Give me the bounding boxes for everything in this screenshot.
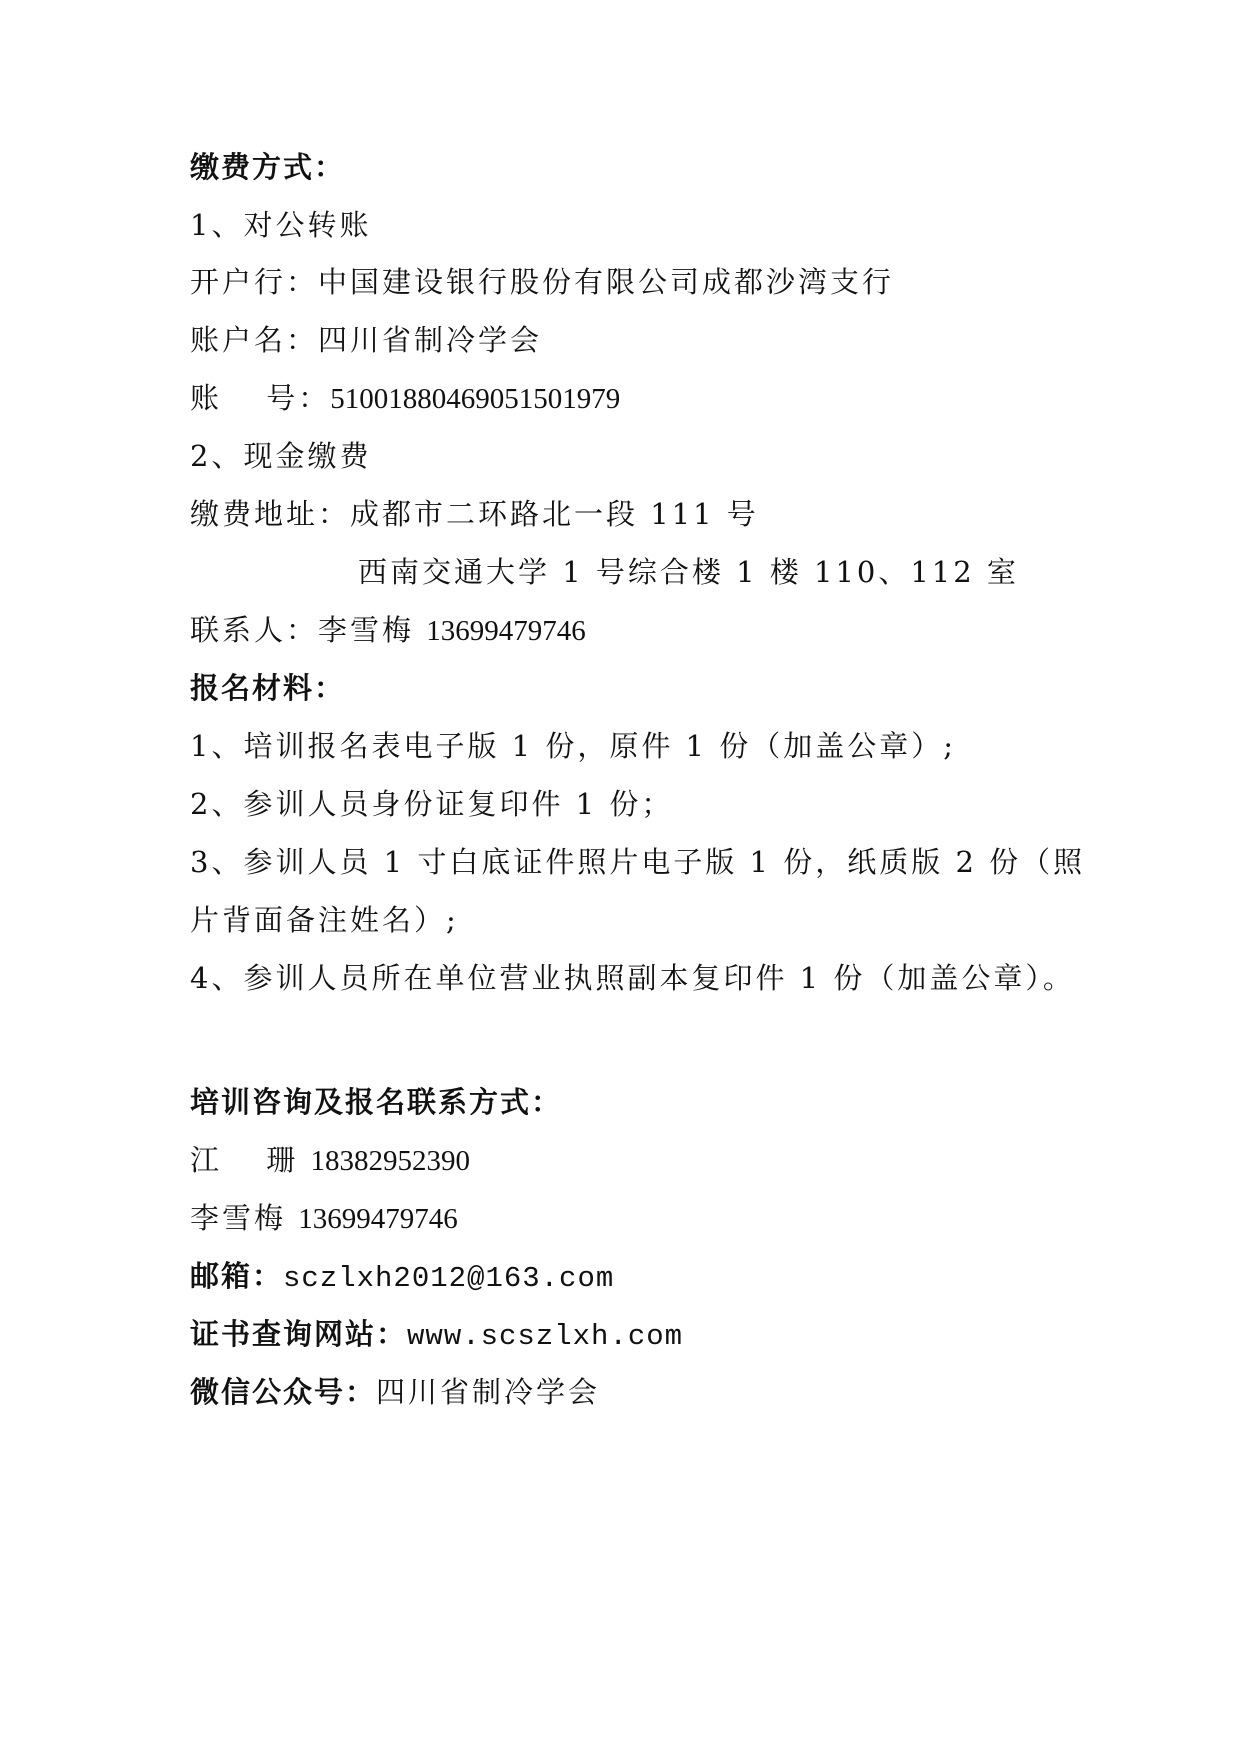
- email-label: 邮箱：: [190, 1259, 283, 1293]
- transfer-title: 1、对公转账: [190, 205, 371, 245]
- bank-label: 开户行：: [190, 265, 318, 299]
- cash-contact-phone: 13699479746: [426, 615, 586, 647]
- cash-contact-name: 李雪梅: [318, 613, 414, 647]
- materials-heading: 报名材料：: [190, 668, 345, 708]
- cash-title: 2、现金缴费: [190, 436, 371, 476]
- contact-person-1-phone: 18382952390: [310, 1145, 470, 1177]
- account-name-row: 账户名：四川省制冷学会: [190, 320, 542, 360]
- account-name-label: 账户名：: [190, 323, 318, 357]
- materials-item-3-cont: 片背面备注姓名）;: [190, 900, 459, 940]
- account-number-label: 账 号：: [190, 381, 330, 415]
- payment-heading: 缴费方式：: [190, 147, 345, 187]
- website-row: 证书查询网站：www.scszlxh.com: [190, 1314, 683, 1357]
- wechat-label: 微信公众号：: [190, 1375, 376, 1409]
- materials-item-4: 4、参训人员所在单位营业执照副本复印件 1 份（加盖公章）。: [190, 958, 1075, 998]
- email-row: 邮箱：sczlxh2012@163.com: [190, 1256, 614, 1299]
- contact-person-2-phone: 13699479746: [298, 1203, 458, 1235]
- account-number-value: 51001880469051501979: [330, 383, 620, 415]
- cash-contact-label: 联系人：: [190, 613, 318, 647]
- bank-row: 开户行：中国建设银行股份有限公司成都沙湾支行: [190, 262, 894, 302]
- contact-person-2-name: 李雪梅: [190, 1201, 286, 1235]
- bank-value: 中国建设银行股份有限公司成都沙湾支行: [318, 265, 894, 299]
- materials-item-3: 3、参训人员 1 寸白底证件照片电子版 1 份，纸质版 2 份（照: [190, 842, 1085, 882]
- address-label: 缴费地址：: [190, 497, 350, 531]
- materials-item-2: 2、参训人员身份证复印件 1 份；: [190, 784, 673, 824]
- website-link[interactable]: www.scszlxh.com: [407, 1320, 683, 1353]
- contact-person-1-name: 江 珊: [190, 1143, 298, 1177]
- account-number-row: 账 号：51001880469051501979: [190, 378, 620, 419]
- address-line1: 成都市二环路北一段 111 号: [350, 497, 759, 531]
- contact-person-1: 江 珊 18382952390: [190, 1140, 470, 1181]
- email-link[interactable]: sczlxh2012@163.com: [283, 1262, 614, 1295]
- address-row: 缴费地址：成都市二环路北一段 111 号: [190, 494, 759, 534]
- account-name-value: 四川省制冷学会: [318, 323, 542, 357]
- website-label: 证书查询网站：: [190, 1317, 407, 1351]
- wechat-value: 四川省制冷学会: [376, 1375, 600, 1409]
- address-line2: 西南交通大学 1 号综合楼 1 楼 110、112 室: [358, 552, 1019, 592]
- wechat-row: 微信公众号：四川省制冷学会: [190, 1372, 600, 1412]
- materials-item-1: 1、培训报名表电子版 1 份，原件 1 份（加盖公章）;: [190, 726, 956, 766]
- contact-person-2: 李雪梅 13699479746: [190, 1198, 458, 1239]
- cash-contact-row: 联系人：李雪梅 13699479746: [190, 610, 586, 651]
- contact-heading: 培训咨询及报名联系方式：: [190, 1082, 562, 1122]
